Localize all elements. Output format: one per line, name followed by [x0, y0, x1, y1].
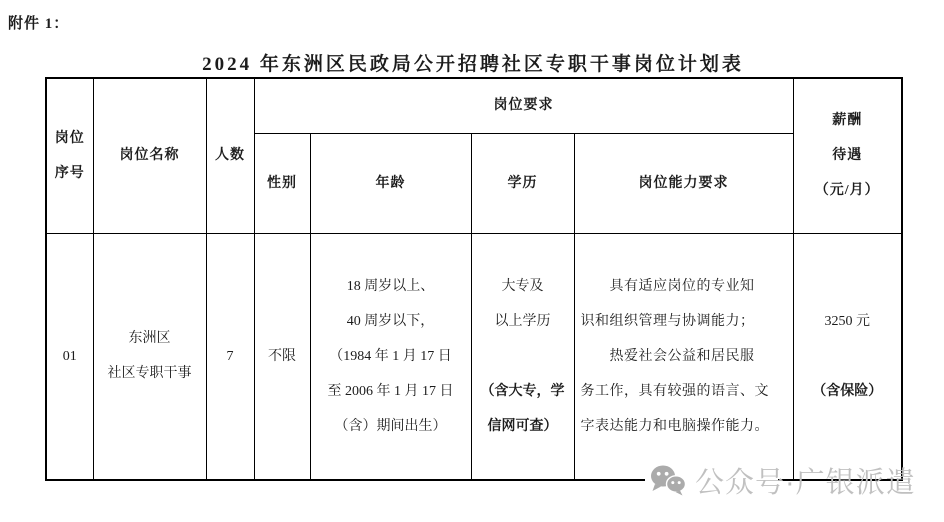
header-age: 年龄	[310, 133, 471, 233]
header-gender: 性别	[254, 133, 310, 233]
ability-text: 具有适应岗位的专业知 识和组织管理与协调能力； 热爱社会公益和居民服 务工作，具…	[581, 269, 787, 444]
document-page: { "doc": { "attachment_label": "附件 1：", …	[0, 0, 944, 522]
cell-position-no: 01	[46, 233, 93, 480]
header-position-name: 岗位名称	[93, 78, 206, 233]
education-note: （含大专，学 信网可查）	[472, 374, 574, 444]
page-title: 2024 年东洲区民政局公开招聘社区专职干事岗位计划表	[45, 49, 901, 76]
cell-education: 大专及 以上学历 （含大专，学 信网可查）	[471, 233, 574, 480]
cell-position-name: 东洲区 社区专职干事	[93, 233, 206, 480]
cell-ability: 具有适应岗位的专业知 识和组织管理与协调能力； 热爱社会公益和居民服 务工作，具…	[574, 233, 793, 480]
header-headcount: 人数	[206, 78, 254, 233]
attachment-label: 附件 1：	[8, 12, 69, 33]
education-main: 大专及 以上学历	[472, 269, 574, 339]
wechat-icon	[650, 464, 686, 501]
watermark: 公众号·广银派遣	[650, 464, 916, 501]
header-position-no: 岗位 序号	[46, 78, 93, 233]
cell-age: 18 周岁以上、 40 周岁以下， （1984 年 1 月 17 日 至 200…	[310, 233, 471, 480]
salary-note: （含保险）	[794, 374, 902, 409]
position-plan-table: 岗位 序号 岗位名称 人数 岗位要求 薪酬 待遇 （元/月） 性别 年龄 学历 …	[45, 77, 903, 481]
header-ability: 岗位能力要求	[574, 133, 793, 233]
header-salary: 薪酬 待遇 （元/月）	[793, 78, 902, 233]
header-requirements-group: 岗位要求	[254, 78, 793, 133]
cell-gender: 不限	[254, 233, 310, 480]
table-row: 01 东洲区 社区专职干事 7 不限 18 周岁以上、 40 周岁以下， （19…	[46, 233, 902, 480]
cell-headcount: 7	[206, 233, 254, 480]
cell-salary: 3250 元 （含保险）	[793, 233, 902, 480]
watermark-text: 公众号·广银派遣	[695, 466, 916, 500]
salary-amount: 3250 元	[794, 304, 902, 339]
header-education: 学历	[471, 133, 574, 233]
